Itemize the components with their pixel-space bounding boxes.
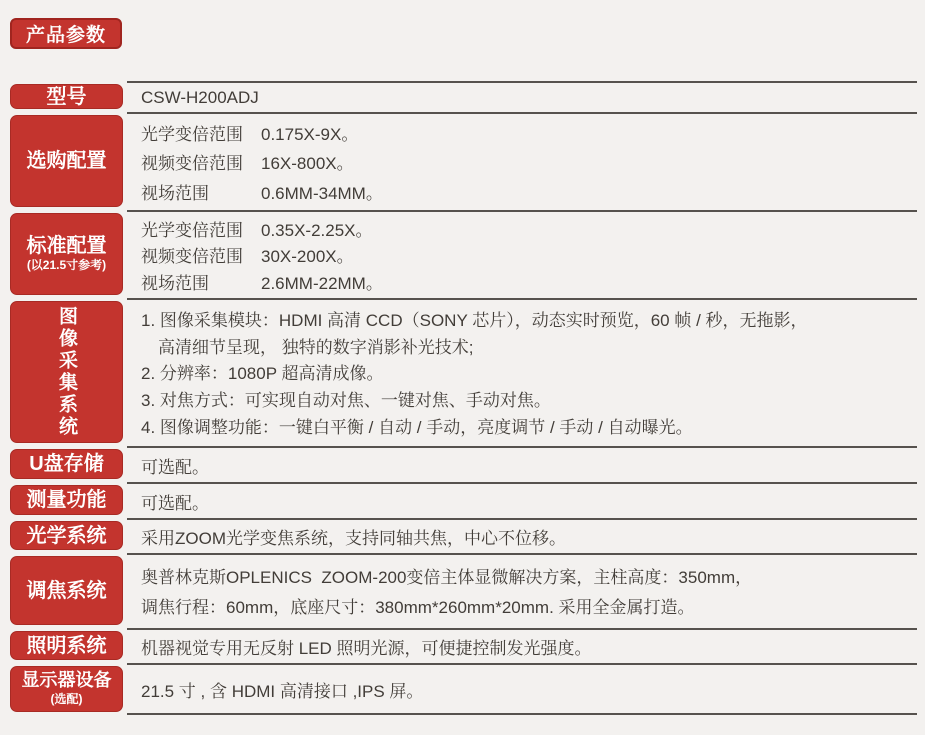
table-row-measurement: 测量功能 可选配。 [10, 482, 917, 518]
row-label-text: 光学系统 [27, 525, 107, 547]
row-label-text: 图像采集系统 [57, 306, 76, 438]
spec-text-line: 采用ZOOM光学变焦系统，支持同轴共焦，中心不位移。 [141, 524, 917, 549]
page-title-badge: 产品参数 [10, 18, 122, 49]
row-label-text: 型号 [47, 86, 87, 108]
row-label-text: 显示器设备 [22, 671, 112, 691]
row-label-text: U盘存储 [29, 453, 103, 475]
row-label-illumination-system: 照明系统 [10, 631, 123, 660]
spec-text-line: 调焦行程：60mm，底座尺寸：380mm*260mm*20mm. 采用全金属打造… [141, 593, 917, 618]
spec-text-line: 可选配。 [141, 489, 917, 514]
spec-pair: 视频变倍范围 30X-200X。 [141, 242, 917, 267]
table-row-usb-storage: U盘存储 可选配。 [10, 446, 917, 482]
row-content-optical-system: 采用ZOOM光学变焦系统，支持同轴共焦，中心不位移。 [127, 518, 917, 553]
model-value: CSW-H200ADJ [141, 88, 917, 108]
spec-pair: 视场范围 2.6MM-22MM。 [141, 269, 917, 294]
spec-pair-key: 视频变倍范围 [141, 242, 261, 267]
row-label-usb-storage: U盘存储 [10, 449, 123, 479]
spec-text-line: 机器视觉专用无反射 LED 照明光源，可便捷控制发光强度。 [141, 634, 917, 659]
table-row-display-device: 显示器设备 (选配) 21.5 寸 , 含 HDMI 高清接口 ,IPS 屏。 [10, 663, 917, 715]
row-content-image-capture-system: 1. 图像采集模块：HDMI 高清 CCD（SONY 芯片），动态实时预览，60… [127, 298, 917, 446]
spec-pair: 视场范围 0.6MM-34MM。 [141, 179, 917, 204]
row-label-model: 型号 [10, 84, 123, 109]
row-label-optical-system: 光学系统 [10, 521, 123, 550]
spec-pair: 光学变倍范围 0.175X-9X。 [141, 120, 917, 145]
row-content-optional-config: 光学变倍范围 0.175X-9X。 视频变倍范围 16X-800X。 视场范围 … [127, 112, 917, 210]
spec-pair-key: 光学变倍范围 [141, 120, 261, 145]
row-content-illumination-system: 机器视觉专用无反射 LED 照明光源，可便捷控制发光强度。 [127, 628, 917, 663]
row-label-text: 照明系统 [27, 635, 107, 657]
spec-text-line: 高清细节呈现， 独特的数字消影补光技术; [141, 333, 917, 358]
page-title-text: 产品参数 [26, 20, 106, 47]
spec-pair-value: 30X-200X。 [261, 242, 354, 267]
spec-pair: 光学变倍范围 0.35X-2.25X。 [141, 216, 917, 241]
spec-text-line: 3. 对焦方式：可实现自动对焦、一键对焦、手动对焦。 [141, 386, 917, 411]
spec-text-line: 奥普林克斯OPLENICS ZOOM-200变倍主体显微解决方案，主柱高度：35… [141, 563, 917, 588]
spec-text-line: 可选配。 [141, 453, 917, 478]
spec-pair-key: 视场范围 [141, 179, 261, 204]
row-label-image-capture-system: 图像采集系统 [10, 301, 123, 443]
row-content-model: CSW-H200ADJ [127, 81, 917, 112]
row-label-optional-config: 选购配置 [10, 115, 123, 207]
row-label-text: 测量功能 [27, 489, 107, 511]
spec-pair-key: 视场范围 [141, 269, 261, 294]
spec-text-line: 21.5 寸 , 含 HDMI 高清接口 ,IPS 屏。 [141, 677, 917, 702]
row-label-text: 选购配置 [27, 150, 107, 172]
spec-pair-value: 16X-800X。 [261, 149, 354, 174]
spec-pair-value: 2.6MM-22MM。 [261, 269, 383, 294]
table-row-illumination-system: 照明系统 机器视觉专用无反射 LED 照明光源，可便捷控制发光强度。 [10, 628, 917, 663]
spec-pair-value: 0.175X-9X。 [261, 120, 358, 145]
row-content-usb-storage: 可选配。 [127, 446, 917, 482]
row-label-subtext: (以21.5寸参考) [27, 258, 106, 272]
row-label-standard-config: 标准配置 (以21.5寸参考) [10, 213, 123, 295]
row-label-text: 标准配置 [27, 235, 107, 257]
spec-text-line: 1. 图像采集模块：HDMI 高清 CCD（SONY 芯片），动态实时预览，60… [141, 306, 917, 331]
table-row-focus-system: 调焦系统 奥普林克斯OPLENICS ZOOM-200变倍主体显微解决方案，主柱… [10, 553, 917, 628]
spec-pair-value: 0.6MM-34MM。 [261, 179, 383, 204]
row-content-measurement: 可选配。 [127, 482, 917, 518]
table-row-optional-config: 选购配置 光学变倍范围 0.175X-9X。 视频变倍范围 16X-800X。 … [10, 112, 917, 210]
spec-pair-key: 视频变倍范围 [141, 149, 261, 174]
spec-text-line: 4. 图像调整功能：一键白平衡 / 自动 / 手动，亮度调节 / 手动 / 自动… [141, 413, 917, 438]
row-label-subtext: (选配) [51, 692, 83, 706]
product-parameters-page: 产品参数 型号 CSW-H200ADJ 选购配置 光学变倍范围 0.175X-9… [0, 0, 925, 735]
spec-pair: 视频变倍范围 16X-800X。 [141, 149, 917, 174]
spec-table: 型号 CSW-H200ADJ 选购配置 光学变倍范围 0.175X-9X。 视频… [10, 81, 917, 715]
table-row-standard-config: 标准配置 (以21.5寸参考) 光学变倍范围 0.35X-2.25X。 视频变倍… [10, 210, 917, 298]
table-row-optical-system: 光学系统 采用ZOOM光学变焦系统，支持同轴共焦，中心不位移。 [10, 518, 917, 553]
table-row-image-capture-system: 图像采集系统 1. 图像采集模块：HDMI 高清 CCD（SONY 芯片），动态… [10, 298, 917, 446]
row-content-display-device: 21.5 寸 , 含 HDMI 高清接口 ,IPS 屏。 [127, 663, 917, 715]
spec-pair-value: 0.35X-2.25X。 [261, 216, 373, 241]
row-label-display-device: 显示器设备 (选配) [10, 666, 123, 712]
row-label-text: 调焦系统 [27, 580, 107, 602]
row-content-focus-system: 奥普林克斯OPLENICS ZOOM-200变倍主体显微解决方案，主柱高度：35… [127, 553, 917, 628]
spec-text-line: 2. 分辨率：1080P 超高清成像。 [141, 359, 917, 384]
row-label-focus-system: 调焦系统 [10, 556, 123, 625]
spec-pair-key: 光学变倍范围 [141, 216, 261, 241]
row-content-standard-config: 光学变倍范围 0.35X-2.25X。 视频变倍范围 30X-200X。 视场范… [127, 210, 917, 298]
row-label-measurement: 测量功能 [10, 485, 123, 515]
table-row-model: 型号 CSW-H200ADJ [10, 81, 917, 112]
